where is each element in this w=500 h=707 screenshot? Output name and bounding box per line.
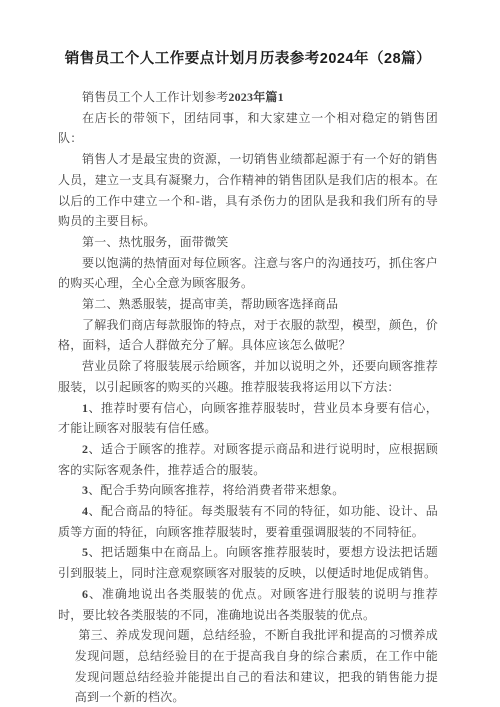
section-heading-3: 第三、养成发现问题，总结经验，不断自我批评和提高的习惯养成发现问题，总结经验目的… (75, 625, 438, 707)
section-heading-2: 第二、熟悉服装，提高审美，帮助顾客选择商品 (58, 294, 438, 315)
doc-subtitle: 销售员工个人工作计划参考2023年篇1 (58, 87, 438, 108)
section-heading-1: 第一、热忱服务，面带微笑 (58, 232, 438, 253)
text-run: 第二、熟悉服装，提高审美，帮助顾客选择商品 (82, 297, 338, 311)
list-item-4: 4、配合商品的特征。每类服装有不同的特征，如功能、设计、品质等方面的特征，向顾客… (58, 501, 438, 542)
document-body: 销售员工个人工作计划参考2023年篇1在店长的带领下，团结同事，和大家建立一个相… (58, 87, 438, 707)
list-item-3: 3、配合手势向顾客推荐，将给消费者带来想象。 (58, 480, 438, 501)
text-run: 销售员工个人工作计划参考 (82, 90, 228, 104)
paragraph: 销售人才是最宝贵的资源，一切销售业绩都起源于有一个好的销售人员，建立一支具有凝聚… (58, 149, 438, 232)
text-run: 要以饱满的热情面对每位顾客。注意与客户的沟通技巧，抓住客户的购买心理，全心全意为… (58, 256, 438, 291)
paragraph: 在店长的带领下，团结同事，和大家建立一个相对稳定的销售团队： (58, 108, 438, 149)
text-run: 营业员除了将服装展示给顾客，并加以说明之外，还要向顾客推荐服装，以引起顾客的购买… (58, 359, 438, 394)
document-title: 销售员工个人工作要点计划月历表参考2024年（28篇） (58, 48, 438, 70)
text-run: 在店长的带领下，团结同事，和大家建立一个相对稳定的销售团队： (58, 111, 438, 146)
text-run: 第三、养成发现问题，总结经验，不断自我批评和提高的习惯养成发现问题，总结经验目的… (75, 628, 438, 704)
list-item-1: 1、推荐时要有信心，向顾客推荐服装时，营业员本身要有信心，才能让顾客对服装有信任… (58, 398, 438, 439)
list-item-2: 2、适合于顾客的推荐。对顾客提示商品和进行说明时，应根据顾客的实际客观条件，推荐… (58, 439, 438, 480)
text-run: 、推荐时要有信心，向顾客推荐服装时，营业员本身要有信心，才能让顾客对服装有信任感… (58, 401, 438, 436)
paragraph: 要以饱满的热情面对每位顾客。注意与客户的沟通技巧，抓住客户的购买心理，全心全意为… (58, 253, 438, 294)
list-item-6: 6、准确地说出各类服装的优点。对顾客进行服装的说明与推荐时，要比较各类服装的不同… (58, 584, 438, 625)
text-run: 、配合商品的特征。每类服装有不同的特征，如功能、设计、品质等方面的特征，向顾客推… (58, 504, 438, 539)
text-run: 第一、热忱服务，面带微笑 (82, 235, 228, 249)
text-run: 、配合手势向顾客推荐，将给消费者带来想象。 (88, 483, 344, 497)
document-page: 销售员工个人工作要点计划月历表参考2024年（28篇） 销售员工个人工作计划参考… (0, 0, 500, 707)
text-run: 、准确地说出各类服装的优点。对顾客进行服装的说明与推荐时，要比较各类服装的不同，… (58, 587, 438, 622)
text-run: 、把话题集中在商品上。向顾客推荐服装时，要想方设法把话题引到服装上，同时注意观察… (58, 545, 438, 580)
paragraph: 了解我们商店每款服饰的特点，对于衣服的款型，模型，颜色，价格，面料，适合人群做充… (58, 315, 438, 356)
paragraph: 营业员除了将服装展示给顾客，并加以说明之外，还要向顾客推荐服装，以引起顾客的购买… (58, 356, 438, 397)
list-item-5: 5、把话题集中在商品上。向顾客推荐服装时，要想方设法把话题引到服装上，同时注意观… (58, 542, 438, 583)
text-run: 销售人才是最宝贵的资源，一切销售业绩都起源于有一个好的销售人员，建立一支具有凝聚… (58, 152, 438, 228)
text-run: 、适合于顾客的推荐。对顾客提示商品和进行说明时，应根据顾客的实际客观条件，推荐适… (58, 442, 438, 477)
bold-text-run: 2023年篇1 (228, 90, 283, 104)
text-run: 了解我们商店每款服饰的特点，对于衣服的款型，模型，颜色，价格，面料，适合人群做充… (58, 318, 438, 353)
